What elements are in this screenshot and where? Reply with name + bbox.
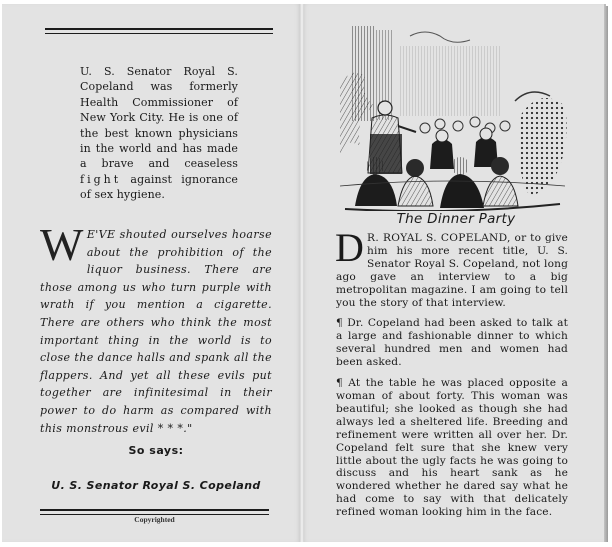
- quote-first-word: E'VE: [87, 228, 116, 241]
- intro-text-start: U. S. Senator Royal S. Copeland was form…: [80, 65, 238, 170]
- lead-caps: R. ROYAL S. COPELAND,: [367, 232, 511, 244]
- drop-cap-d: D: [335, 233, 364, 263]
- dinner-party-illustration: [340, 16, 568, 211]
- intro-spaced-word: fight: [80, 173, 121, 186]
- attribution-signature: U. S. Senator Royal S. Copeland: [40, 479, 272, 492]
- quote-paragraph: WE'VE shouted ourselves hoarse about the…: [40, 226, 272, 437]
- copyright-notice: Copyrighted: [40, 515, 269, 524]
- paragraph-2-text: Dr. Copeland had been asked to talk at a…: [336, 317, 568, 368]
- article-body: DR. ROYAL S. COPELAND, or to give him hi…: [336, 232, 568, 527]
- article-paragraph-3: ¶ At the table he was placed opposite a …: [336, 377, 568, 519]
- paragraph-3-text: At the table he was placed opposite a wo…: [336, 377, 568, 518]
- drop-cap-w: W: [40, 228, 84, 262]
- article-paragraph-2: ¶ Dr. Copeland had been asked to talk at…: [336, 317, 568, 369]
- top-double-rule: [45, 28, 273, 34]
- article-paragraph-1: DR. ROYAL S. COPELAND, or to give him hi…: [336, 232, 568, 309]
- pilcrow-icon: ¶: [336, 317, 343, 329]
- page-edge-shadow: [604, 6, 608, 542]
- illustration-engraving-icon: [340, 16, 568, 211]
- book-spine: [300, 4, 304, 542]
- pilcrow-icon: ¶: [336, 377, 343, 389]
- attribution-lead: So says:: [40, 444, 272, 457]
- intro-paragraph: U. S. Senator Royal S. Copeland was form…: [80, 64, 238, 203]
